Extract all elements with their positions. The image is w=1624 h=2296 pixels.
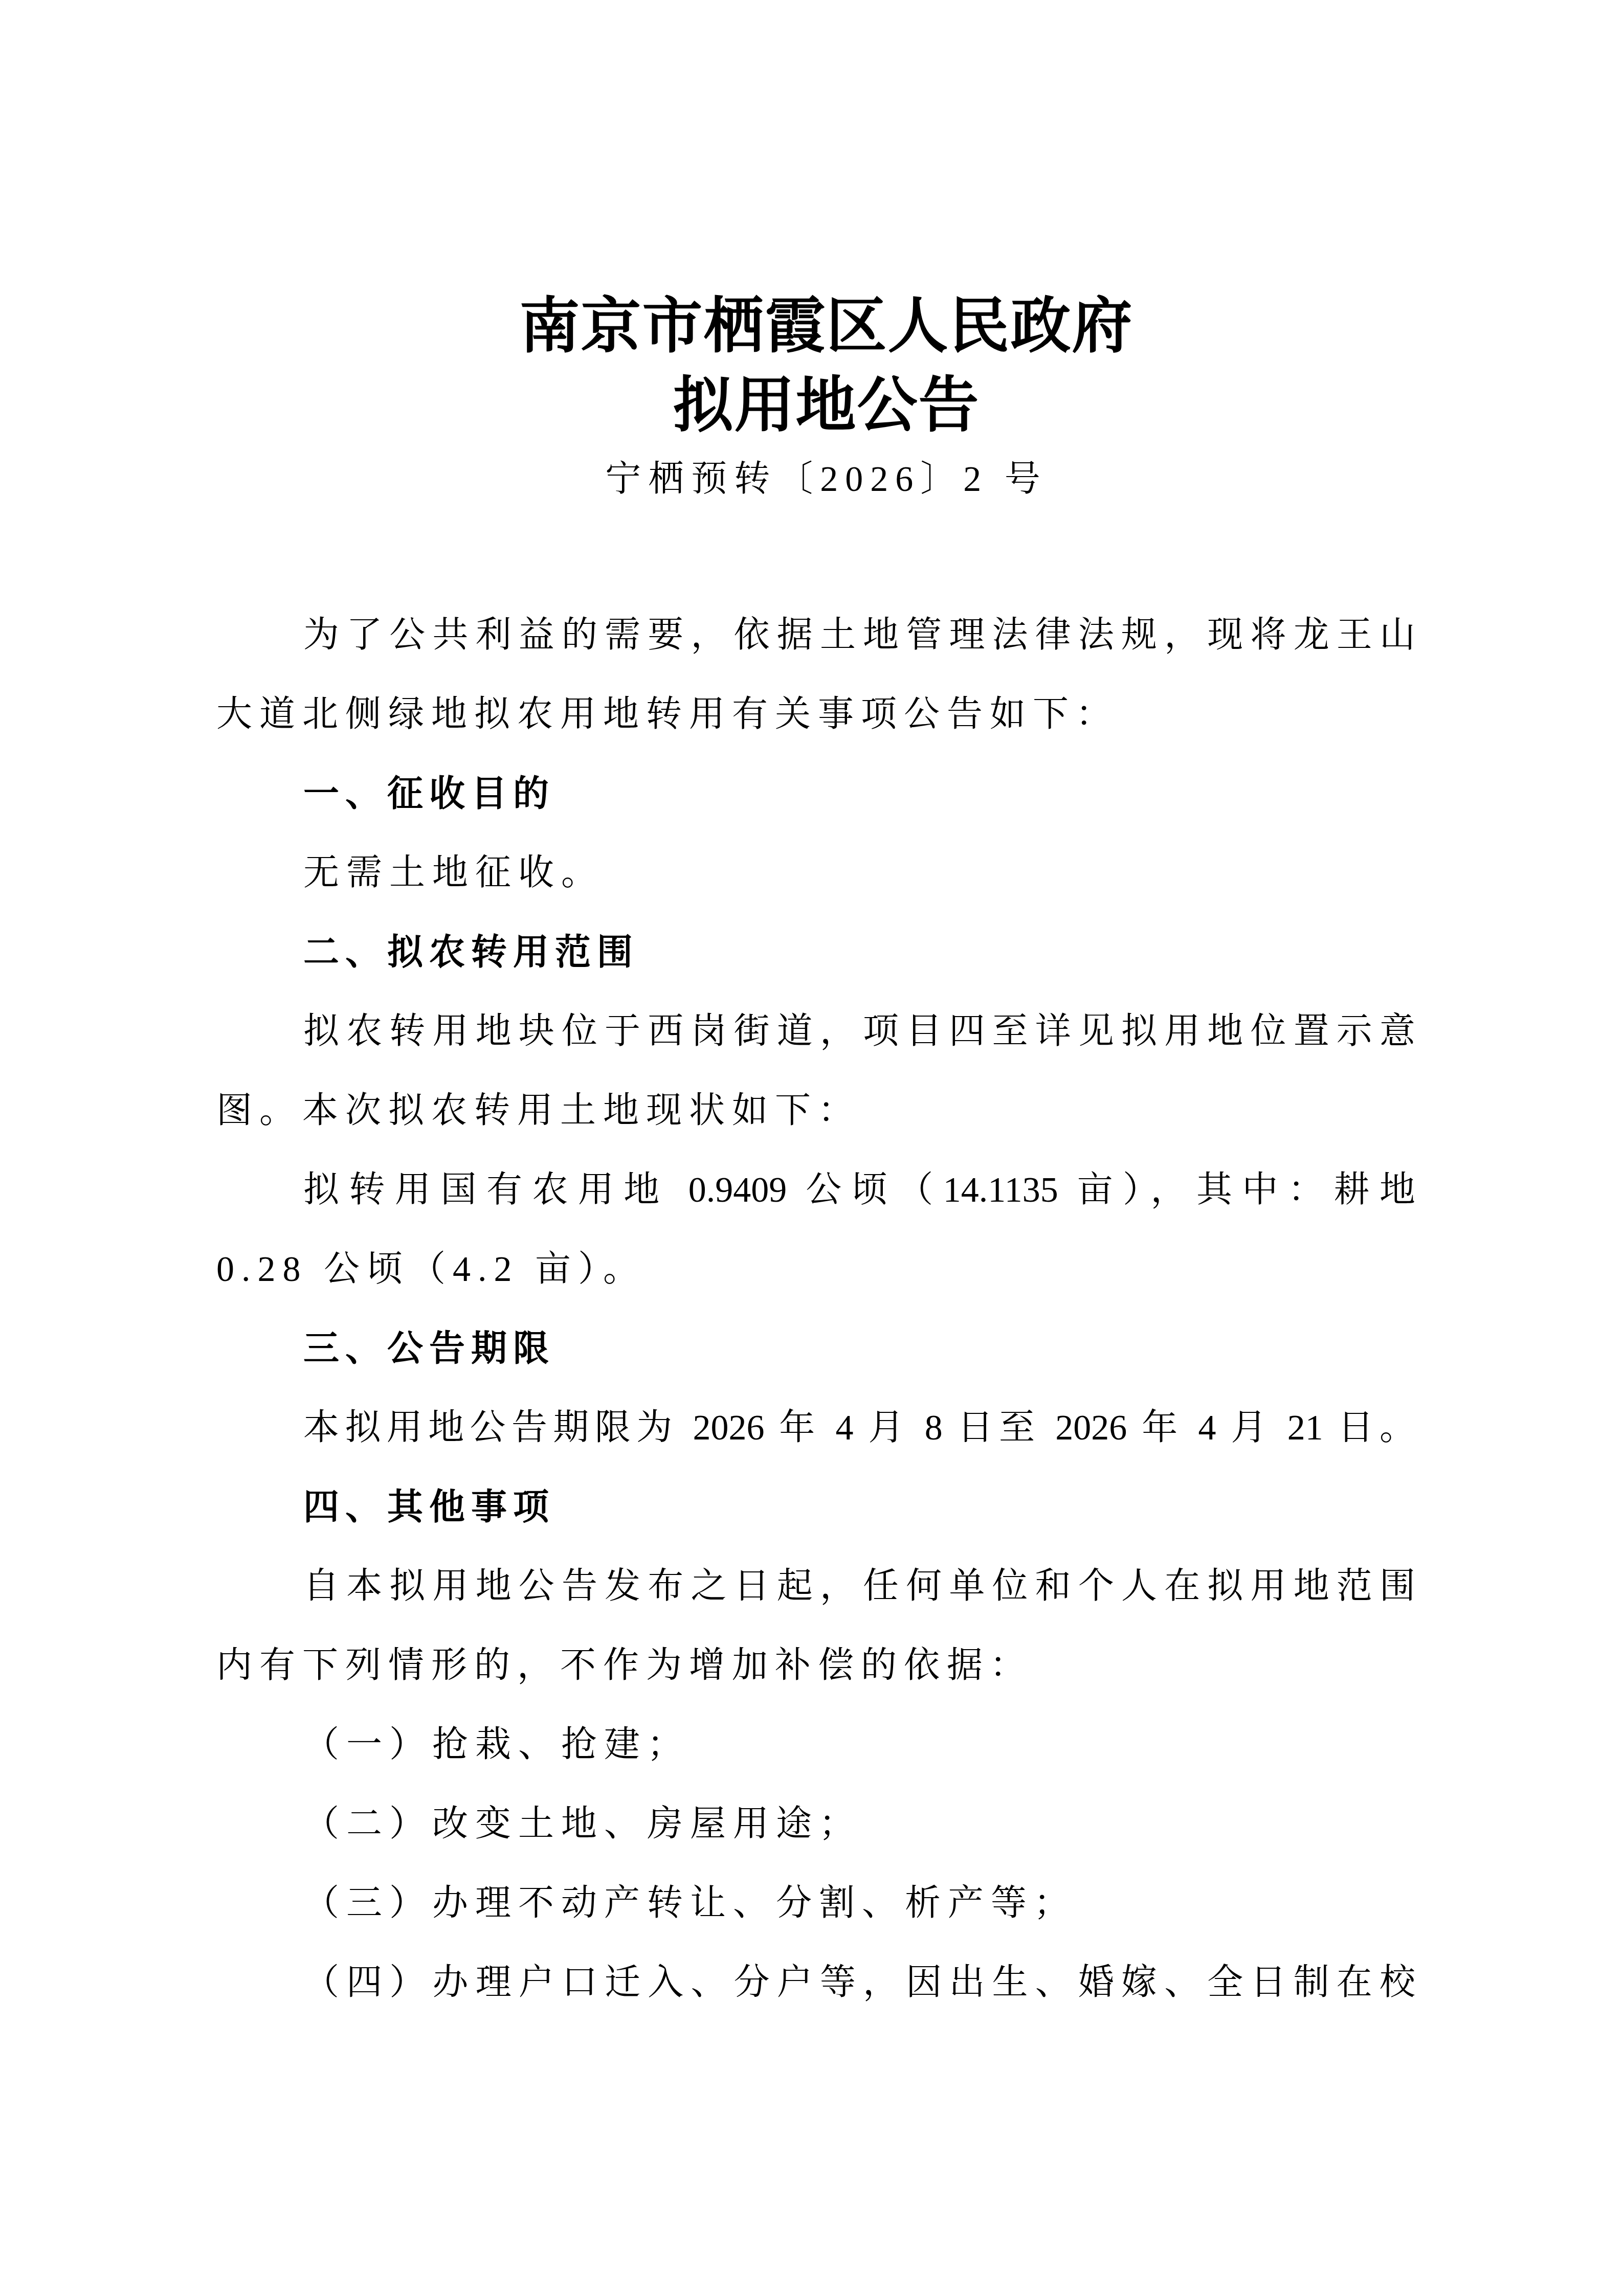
document-title: 南京市栖霞区人民政府 拟用地公告 [14, 287, 1624, 445]
section-heading-1-purpose: 一、征收目的 [216, 754, 1415, 834]
list-item-2: （二）改变土地、房屋用途； [216, 1785, 1415, 1864]
intro-paragraph-line-2: 大道北侧绿地拟农用地转用有关事项公告如下： [216, 675, 1415, 754]
document-number: 宁栖预转〔2026〕2 号 [14, 440, 1624, 519]
section-2-paragraph-2-line-2: 0.28 公顷（4.2 亩）。 [216, 1230, 1415, 1309]
section-heading-3-period: 三、公告期限 [216, 1309, 1415, 1388]
title-line-announcement: 拟用地公告 [14, 366, 1624, 445]
document-body: 为了公共利益的需要，依据土地管理法律法规，现将龙王山 大道北侧绿地拟农用地转用有… [216, 596, 1415, 2022]
section-heading-4-other: 四、其他事项 [216, 1468, 1415, 1547]
section-3-paragraph: 本拟用地公告期限为 2026 年 4 月 8 日至 2026 年 4 月 21 … [216, 1388, 1415, 1468]
section-2-paragraph-2-line-1: 拟转用国有农用地 0.9409 公顷（14.1135 亩），其中：耕地 [216, 1151, 1415, 1230]
list-item-1: （一）抢栽、抢建； [216, 1705, 1415, 1785]
intro-paragraph-line-1: 为了公共利益的需要，依据土地管理法律法规，现将龙王山 [216, 596, 1415, 675]
list-item-3: （三）办理不动产转让、分割、析产等； [216, 1864, 1415, 1943]
section-4-paragraph-line-2: 内有下列情形的，不作为增加补偿的依据： [216, 1626, 1415, 1705]
section-1-paragraph: 无需土地征收。 [216, 834, 1415, 913]
section-heading-2-scope: 二、拟农转用范围 [216, 913, 1415, 992]
announcement-document-page: 南京市栖霞区人民政府 拟用地公告 宁栖预转〔2026〕2 号 为了公共利益的需要… [0, 0, 1624, 2296]
list-item-4: （四）办理户口迁入、分户等，因出生、婚嫁、全日制在校 [216, 1943, 1415, 2022]
section-2-paragraph-1-line-1: 拟农转用地块位于西岗街道，项目四至详见拟用地位置示意 [216, 992, 1415, 1071]
title-line-government: 南京市栖霞区人民政府 [14, 287, 1624, 366]
section-2-paragraph-1-line-2: 图。本次拟农转用土地现状如下： [216, 1071, 1415, 1151]
section-4-paragraph-line-1: 自本拟用地公告发布之日起，任何单位和个人在拟用地范围 [216, 1547, 1415, 1626]
